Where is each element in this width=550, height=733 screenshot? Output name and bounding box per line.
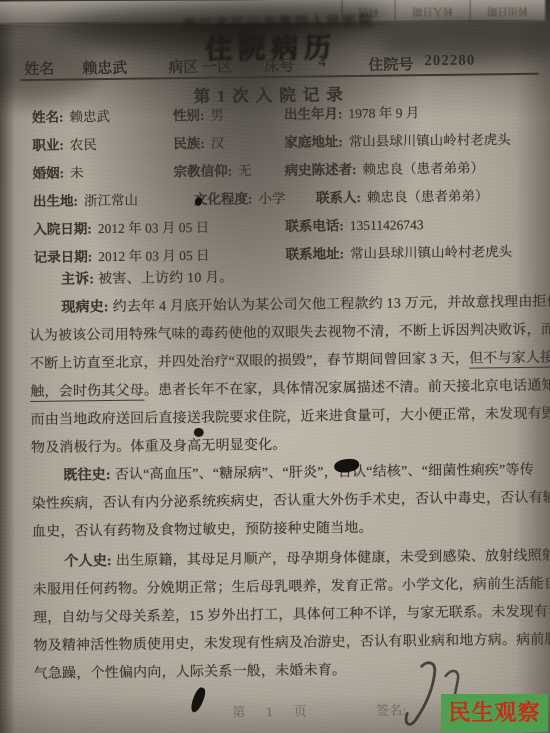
field-label: 联系电话: [285, 218, 344, 234]
info-field: 民族:汉 [173, 132, 224, 153]
past-history-label: 既往史: [63, 468, 111, 484]
personal-history-line: 物及精神活性物质使用史，未发现有性病及冶游史，否认有职业病和地方病。病前脾 [33, 629, 550, 655]
field-value: 汉 [211, 136, 225, 151]
field-label: 姓名: [32, 110, 64, 125]
info-row: 婚姻:未 宗教信仰:无 病史陈述者:赖忠良（患者弟弟） [0, 156, 548, 183]
past-history-text: 否认“高血压”、“糖尿病”、“肝炎”，否认“结核”、“细菌性痢疾”等传 [115, 463, 534, 483]
present-illness-line: 物及消极行为。体重及身高无明显变化。 [31, 434, 287, 457]
info-row: 职业:农民 民族:汉 家庭地址:常山县球川镇山岭村老虎头 [0, 128, 547, 155]
info-field: 文化程度:小学 [194, 187, 286, 208]
info-field: 姓名:赖忠武 [32, 105, 110, 126]
present-illness-text: 约去年 4 月底开始认为某公司欠他工程款约 13 万元，并故意找理由拒付， [113, 294, 550, 315]
personal-history-text: 出生原籍，其母足月顺产，母孕期身体健康，未受到感染、放射线照射， [116, 548, 550, 569]
admission-no-label: 住院号 [368, 53, 413, 75]
ink-blot [194, 428, 204, 437]
bed-label: 床号 [264, 55, 294, 76]
info-row: 记录日期:2012 年 03 月 05 日 联系地址:常山县球川镇山岭村老虎头 [0, 240, 549, 267]
field-value: 赖忠良（患者弟弟） [367, 188, 489, 204]
info-row: 入院日期:2012 年 03 月 05 日 联系电话:13511426743 [0, 212, 548, 239]
ink-blot [189, 686, 208, 714]
underlined-text: 触，会时伤其父母 [30, 384, 144, 402]
chief-complaint-line: 主诉:被害、上访约 10 月。 [61, 267, 234, 289]
strip-cell: 转入日期 [396, 0, 471, 20]
present-illness-label: 现病史: [61, 300, 109, 316]
present-illness-line: 不断上访直至北京，并四处治疗“双眼的损毁”，春节期间曾回家 3 天，但不与家人接 [30, 346, 550, 373]
field-label: 民族: [173, 136, 205, 151]
info-field: 婚姻:未 [32, 161, 83, 182]
info-field: 联系地址:常山县球川镇山岭村老虎头 [285, 240, 512, 263]
field-value: 赖忠武 [69, 109, 110, 124]
field-label: 宗教信仰: [174, 164, 233, 180]
present-illness-text: 。患者长年不在家，具体情况家属描述不清。前天接北京电话通知 [144, 379, 550, 399]
document-photo: 科别 转入日期 转出日期 浙江省江山市第四人民医院 住院病历 姓名 赖忠武 病区… [0, 0, 550, 733]
field-value: 小学 [258, 191, 285, 206]
field-value: 1978 年 9 月 [348, 105, 419, 121]
field-value: 常山县球川镇山岭村老虎头 [350, 244, 512, 261]
name-label: 姓名 [24, 58, 54, 79]
field-label: 入院日期: [33, 221, 92, 237]
strip-cell: 转出日期 [471, 0, 546, 20]
field-label: 联系地址: [286, 246, 345, 262]
present-illness-line: 触，会时伤其父母。患者长年不在家，具体情况家属描述不清。前天接北京电话通知 [30, 375, 550, 401]
field-label: 家庭地址: [284, 134, 343, 150]
personal-history-line: 未服用任何药物。分娩期正常；生后母乳喂养，发育正常。小学文化，病前生活能自 [33, 573, 550, 599]
field-label: 病史陈述者: [285, 162, 357, 178]
present-illness-line: 认为被该公司用特殊气味的毒药使他的双眼失去视物不清，不断上诉因判决败诉，而 [29, 319, 550, 345]
bed-number: 4 [318, 54, 326, 71]
past-history-line: 既往史:否认“高血压”、“糖尿病”、“肝炎”，否认“结核”、“细菌性痢疾”等传 [63, 459, 534, 485]
field-label: 出生年月: [284, 106, 343, 122]
field-value: 常山县球川镇山岭村老虎头 [349, 132, 511, 149]
field-label: 联系人: [316, 190, 361, 206]
chief-complaint-text: 被害、上访约 10 月。 [98, 270, 234, 287]
patient-name: 赖忠武 [82, 57, 127, 79]
info-field: 家庭地址:常山县球川镇山岭村老虎头 [284, 128, 511, 151]
info-field: 出生年月:1978 年 9 月 [284, 101, 420, 123]
info-field: 入院日期:2012 年 03 月 05 日 [33, 216, 209, 238]
field-value: 13511426743 [350, 217, 424, 233]
document-page: 科别 转入日期 转出日期 浙江省江山市第四人民医院 住院病历 姓名 赖忠武 病区… [0, 0, 550, 733]
present-illness-line: 现病史:约去年 4 月底开始认为某公司欠他工程款约 13 万元，并故意找理由拒付… [61, 290, 550, 316]
ward-label: 病区 [168, 56, 198, 77]
personal-history-line: 气急躁，个性偏内向，人际关系一般，未婚未育。 [34, 659, 347, 683]
field-value: 2012 年 03 月 05 日 [98, 248, 210, 264]
chief-complaint-label: 主诉: [61, 272, 94, 287]
field-value: 无 [238, 163, 252, 178]
info-field: 宗教信仰:无 [173, 159, 251, 180]
field-label: 记录日期: [34, 249, 93, 265]
field-label: 文化程度: [194, 191, 253, 207]
patient-summary-row: 姓名 赖忠武 病区 一区 床号 4 住院号 202280 [20, 52, 538, 81]
field-value: 2012 年 03 月 05 日 [98, 220, 210, 236]
info-field: 联系人:赖忠良（患者弟弟） [316, 184, 489, 206]
page-number: 第 1 页 [232, 701, 311, 721]
info-field: 联系电话:13511426743 [285, 213, 423, 235]
field-label: 婚姻: [33, 166, 65, 181]
field-value: 未 [70, 165, 84, 180]
personal-history-line: 个人史:出生原籍，其母足月顺产，母孕期身体健康，未受到感染、放射线照射， [64, 544, 550, 570]
personal-history-line: 理，自幼与父母关系差，15 岁外出打工，具体何工种不详，与家无联系。未发现有毒 [33, 601, 550, 627]
past-history-line: 染性疾病，否认有内分泌系统疾病史，否认重大外伤手术史，否认中毒史，否认有输 [32, 487, 550, 513]
field-label: 出生地: [33, 193, 78, 209]
info-field: 记录日期:2012 年 03 月 05 日 [34, 244, 210, 266]
field-value: 浙江常山 [84, 193, 138, 209]
info-row: 出生地:浙江常山 文化程度:小学 联系人:赖忠良（患者弟弟） [0, 184, 548, 211]
field-label: 性别: [173, 108, 205, 123]
field-value: 赖忠良（患者弟弟） [363, 160, 485, 176]
info-field: 性别:男 [173, 104, 224, 125]
info-row: 姓名:赖忠武 性别:男 出生年月:1978 年 9 月 [0, 100, 547, 127]
personal-history-label: 个人史: [64, 554, 112, 570]
info-field: 病史陈述者:赖忠良（患者弟弟） [284, 156, 484, 178]
past-history-line: 血史，否认有药物及食物过敏史，预防接种史随当地。 [32, 517, 373, 541]
ward-value: 一区 [202, 55, 232, 76]
watermark-minsheng-guancha: 民生观察 [441, 694, 548, 732]
info-field: 职业:农民 [32, 133, 97, 154]
field-value: 农民 [70, 137, 97, 152]
present-illness-line: 而由当地政府送回后直接送我院要求住院，近来进食量可，大小便正常，未发现有毁 [31, 403, 550, 429]
underlined-text: 但不与家人接 [469, 351, 550, 369]
field-value: 男 [210, 108, 224, 123]
info-field: 出生地:浙江常山 [33, 189, 138, 210]
admission-no: 202280 [424, 53, 475, 71]
field-label: 职业: [32, 138, 64, 153]
present-illness-text: 不断上访直至北京，并四处治疗“双眼的损毁”，春节期间曾回家 3 天， [30, 352, 469, 372]
